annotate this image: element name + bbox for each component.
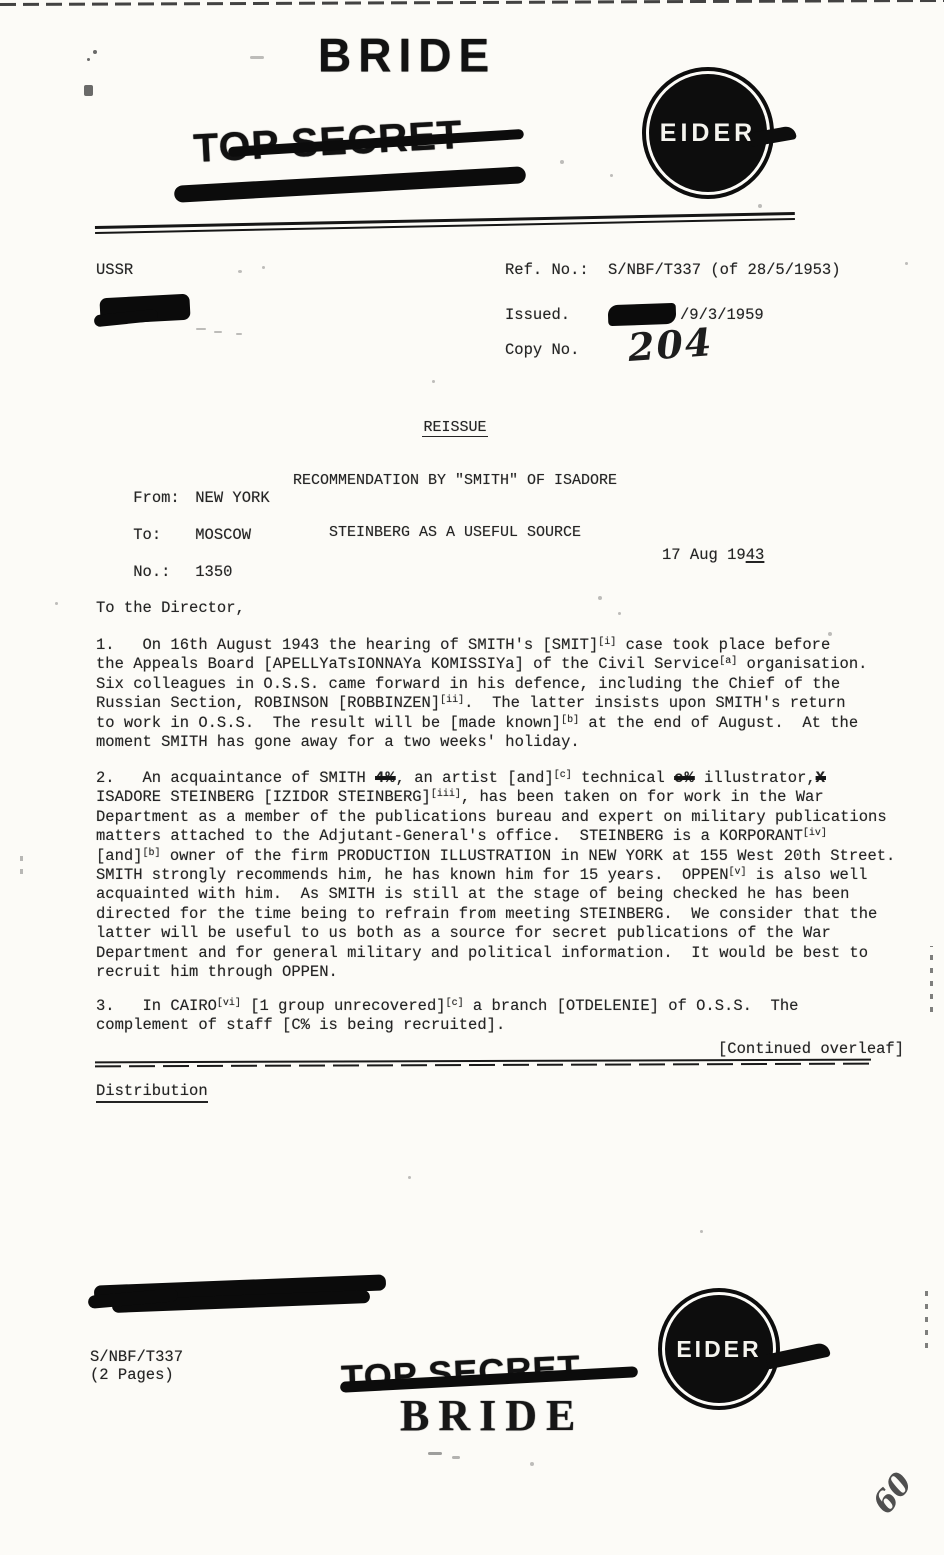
no-value: 1350 (195, 563, 232, 581)
country-label: USSR (96, 261, 133, 280)
scan-speckle (905, 262, 908, 265)
ref-no-label: Ref. No.: (505, 261, 589, 280)
scan-speckle (610, 174, 613, 177)
issued-label: Issued. (505, 306, 570, 325)
to-value: MOSCOW (195, 526, 251, 544)
eider-stamp-bottom: EIDER (658, 1288, 780, 1410)
scan-speckle (93, 50, 97, 54)
scan-speckle (432, 380, 435, 383)
footer-page-count: (2 Pages) (90, 1366, 174, 1385)
scan-speckle (530, 1462, 534, 1466)
codeword-stamp-bottom: BRIDE (400, 1390, 584, 1441)
paragraph-2: 2. An acquaintance of SMITH 4%, an artis… (96, 769, 895, 982)
scan-speckle (214, 331, 222, 333)
scan-speckle (238, 270, 242, 273)
scan-speckle (618, 612, 621, 615)
ink-blot (84, 85, 93, 96)
margin-dash-marks (20, 854, 23, 874)
scan-speckle (236, 333, 242, 335)
scan-speckle (560, 160, 564, 164)
scan-speckle (262, 266, 265, 269)
scan-speckle (196, 328, 206, 330)
scan-speckle (758, 204, 762, 208)
from-label: From: (133, 489, 195, 508)
scan-speckle (700, 1230, 703, 1233)
scan-speckle (452, 1456, 460, 1459)
stamp-tick-mark (765, 1342, 831, 1370)
handwritten-page-mark: 60 (866, 1466, 919, 1520)
scan-speckle (828, 632, 832, 636)
scan-speckle (428, 1452, 442, 1455)
margin-dash-marks (930, 946, 933, 1012)
paragraph-3: 3. In CAIRO[vi] [1 group unrecovered][c]… (96, 997, 798, 1036)
copy-no-value-handwritten: 204 (627, 319, 715, 370)
routing-no: No.:1350 (96, 544, 232, 602)
message-date: 17 Aug 1943 (662, 546, 764, 565)
scan-speckle (408, 1176, 411, 1179)
scan-speckle (598, 596, 602, 600)
margin-dash-marks (925, 1286, 928, 1348)
salutation: To the Director, (96, 599, 245, 618)
title-reissue: REISSUE (155, 419, 755, 437)
stamp-label: EIDER (676, 1336, 761, 1363)
to-label: To: (133, 526, 195, 545)
footer-ref-number: S/NBF/T337 (90, 1348, 183, 1367)
strikethrough-bar (174, 166, 526, 203)
scan-edge-line (0, 0, 944, 6)
no-label: No.: (133, 563, 195, 582)
stamp-label: EIDER (660, 119, 756, 148)
codeword-stamp-top: BRIDE (318, 27, 496, 82)
divider-rule (95, 212, 795, 234)
paragraph-1: 1. On 16th August 1943 the hearing of SM… (96, 636, 867, 752)
divider-rule (95, 1059, 871, 1067)
copy-no-label: Copy No. (505, 341, 579, 360)
continued-overleaf-note: [Continued overleaf] (718, 1040, 904, 1059)
scan-speckle (250, 56, 264, 59)
stamp-disc: EIDER (665, 1295, 773, 1403)
scan-speckle (87, 58, 90, 61)
scan-speckle (55, 602, 58, 605)
eider-stamp-top: EIDER (642, 67, 774, 199)
from-value: NEW YORK (195, 489, 269, 507)
distribution-heading: Distribution (96, 1082, 208, 1101)
ref-no-value: S/NBF/T337 (of 28/5/1953) (608, 261, 841, 280)
scanned-document-page: BRIDE TOP SECRET EIDER USSR Ref. No.: S/… (0, 0, 944, 1555)
